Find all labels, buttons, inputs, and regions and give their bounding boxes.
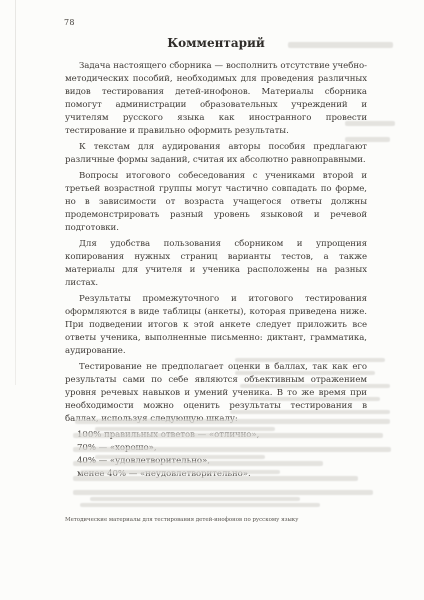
- scan-fold-line: [15, 0, 16, 385]
- page-number: 78: [64, 18, 75, 27]
- paragraph-2: К текстам для аудирования авторы пособия…: [65, 141, 367, 167]
- paragraph-4: Для удобства пользования сборником и упр…: [65, 238, 367, 290]
- paragraph-5: Результаты промежуточного и итогового те…: [65, 293, 367, 358]
- scanned-book-page: 78 Комментарий Задача настоящего сборник…: [0, 0, 424, 600]
- paragraph-1: Задача настоящего сборника — восполнить …: [65, 60, 367, 138]
- footer-running-title: Методические материалы для тестирования …: [65, 516, 310, 522]
- paragraph-3: Вопросы итогового собеседования с ученик…: [65, 170, 367, 235]
- commentary-body: Задача настоящего сборника — восполнить …: [65, 60, 367, 481]
